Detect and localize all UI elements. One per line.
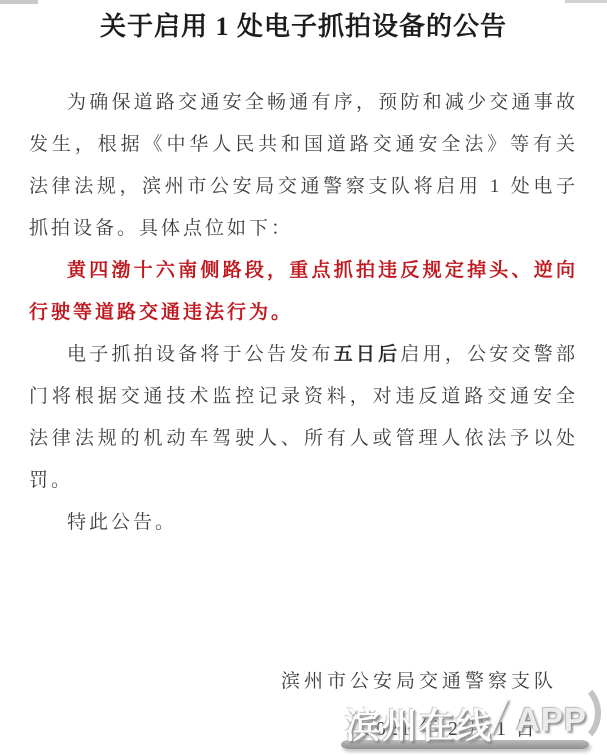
issue-date: 2021 年 2 月 1 日 xyxy=(0,714,607,744)
enforcement-days-bold: 五日后 xyxy=(334,344,401,365)
enforcement-text-before: 电子抓拍设备将于公告发布 xyxy=(67,344,334,365)
closing-line: 特此公告。 xyxy=(29,502,578,544)
crop-artifact-top-left xyxy=(0,0,38,4)
announcement-body: 为确保道路交通安全畅通有序，预防和减少交通事故发生，根据《中华人民共和国道路交通… xyxy=(0,82,607,544)
paragraph-location-highlight: 黄四渤十六南侧路段，重点抓拍违反规定掉头、逆向行驶等道路交通违法行为。 xyxy=(29,250,578,334)
enforcement-text-after: 启用，公安交警部门将根据交通技术监控记录资料，对违反道路交通安全法律法规的机动车… xyxy=(29,344,578,491)
crop-artifact-top-right xyxy=(565,0,607,3)
announcement-page: 关于启用 1 处电子抓拍设备的公告 为确保道路交通安全畅通有序，预防和减少交通事… xyxy=(0,0,607,755)
paragraph-enforcement: 电子抓拍设备将于公告发布五日后启用，公安交警部门将根据交通技术监控记录资料，对违… xyxy=(29,334,578,502)
issuer-signature: 滨州市公安局交通警察支队 xyxy=(0,667,607,697)
paragraph-intro: 为确保道路交通安全畅通有序，预防和减少交通事故发生，根据《中华人民共和国道路交通… xyxy=(29,82,578,250)
announcement-title: 关于启用 1 处电子抓拍设备的公告 xyxy=(30,8,577,46)
